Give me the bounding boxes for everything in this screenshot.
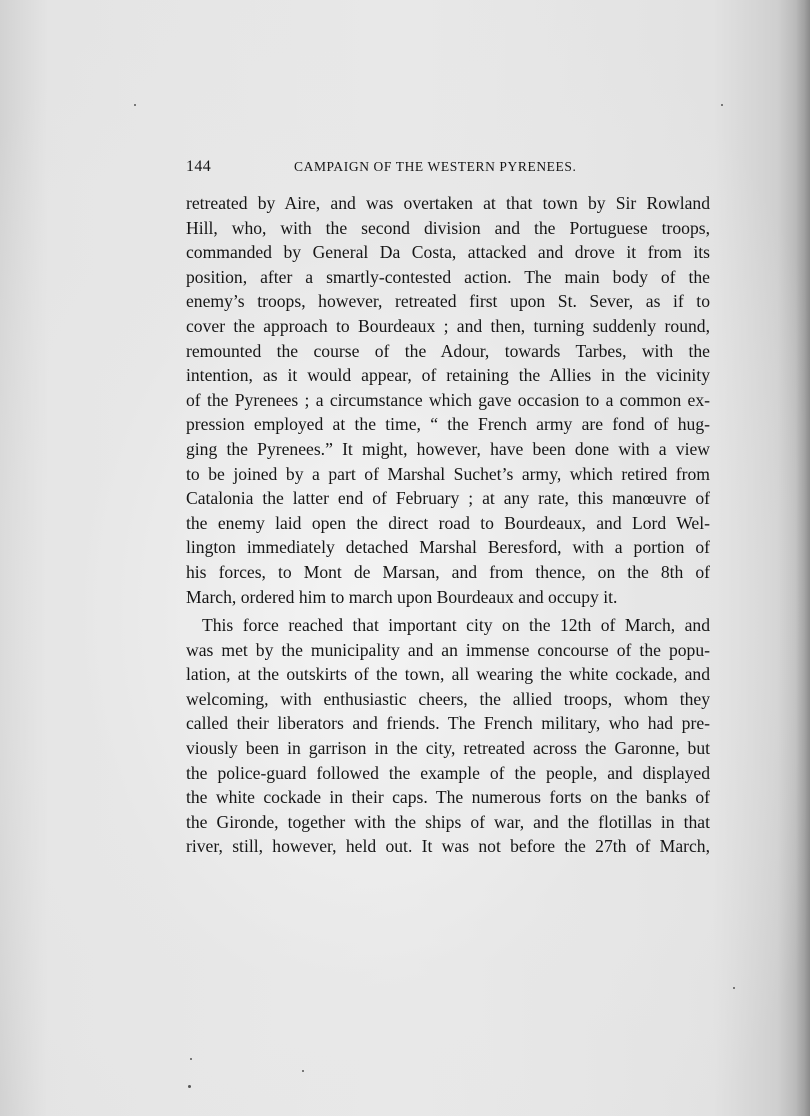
text-line: pression employed at the time, “ the Fre…	[186, 412, 710, 437]
text-line: Catalonia the latter end of February ; a…	[186, 486, 710, 511]
text-line: the white cockade in their caps. The num…	[186, 785, 710, 810]
scan-speck	[190, 1058, 192, 1060]
paragraph-2: This force reached that important city o…	[186, 613, 710, 859]
text-line: enemy’s troops, however, retreated first…	[186, 289, 710, 314]
page-edge-shadow	[796, 0, 810, 1116]
text-line: viously been in garrison in the city, re…	[186, 736, 710, 761]
text-line: welcoming, with enthusiastic cheers, the…	[186, 687, 710, 712]
scanned-book-page: 144 CAMPAIGN OF THE WESTERN PYRENEES. re…	[0, 0, 810, 1116]
scan-speck	[302, 1070, 304, 1072]
text-line: lation, at the outskirts of the town, al…	[186, 662, 710, 687]
text-line: retreated by Aire, and was overtaken at …	[186, 191, 710, 216]
text-line: commanded by General Da Costa, attacked …	[186, 240, 710, 265]
page-header: 144 CAMPAIGN OF THE WESTERN PYRENEES.	[186, 158, 710, 178]
text-line: remounted the course of the Adour, towar…	[186, 339, 710, 364]
scan-speck	[188, 1085, 191, 1088]
body-text: retreated by Aire, and was overtaken at …	[186, 191, 710, 859]
paragraph-1: retreated by Aire, and was overtaken at …	[186, 191, 710, 609]
text-line: to be joined by a part of Marshal Suchet…	[186, 462, 710, 487]
text-line: intention, as it would appear, of retain…	[186, 363, 710, 388]
text-line: his forces, to Mont de Marsan, and from …	[186, 560, 710, 585]
text-line: ging the Pyrenees.” It might, however, h…	[186, 437, 710, 462]
text-line: of the Pyrenees ; a circumstance which g…	[186, 388, 710, 413]
text-line: This force reached that important city o…	[186, 613, 710, 638]
scan-speck	[733, 987, 735, 989]
text-line: was met by the municipality and an immen…	[186, 638, 710, 663]
text-line: lington immediately detached Marshal Ber…	[186, 535, 710, 560]
page-number: 144	[186, 158, 211, 176]
text-line: called their liberators and friends. The…	[186, 711, 710, 736]
scan-speck	[721, 104, 723, 106]
text-line: the Gironde, together with the ships of …	[186, 810, 710, 835]
text-line: position, after a smartly-contested acti…	[186, 265, 710, 290]
running-title: CAMPAIGN OF THE WESTERN PYRENEES.	[294, 159, 576, 175]
text-line: the police-guard followed the example of…	[186, 761, 710, 786]
scan-speck	[134, 104, 136, 106]
text-line: the enemy laid open the direct road to B…	[186, 511, 710, 536]
text-line: March, ordered him to march upon Bourdea…	[186, 585, 710, 610]
text-line: Hill, who, with the second division and …	[186, 216, 710, 241]
text-line: cover the approach to Bourdeaux ; and th…	[186, 314, 710, 339]
text-line: river, still, however, held out. It was …	[186, 834, 710, 859]
